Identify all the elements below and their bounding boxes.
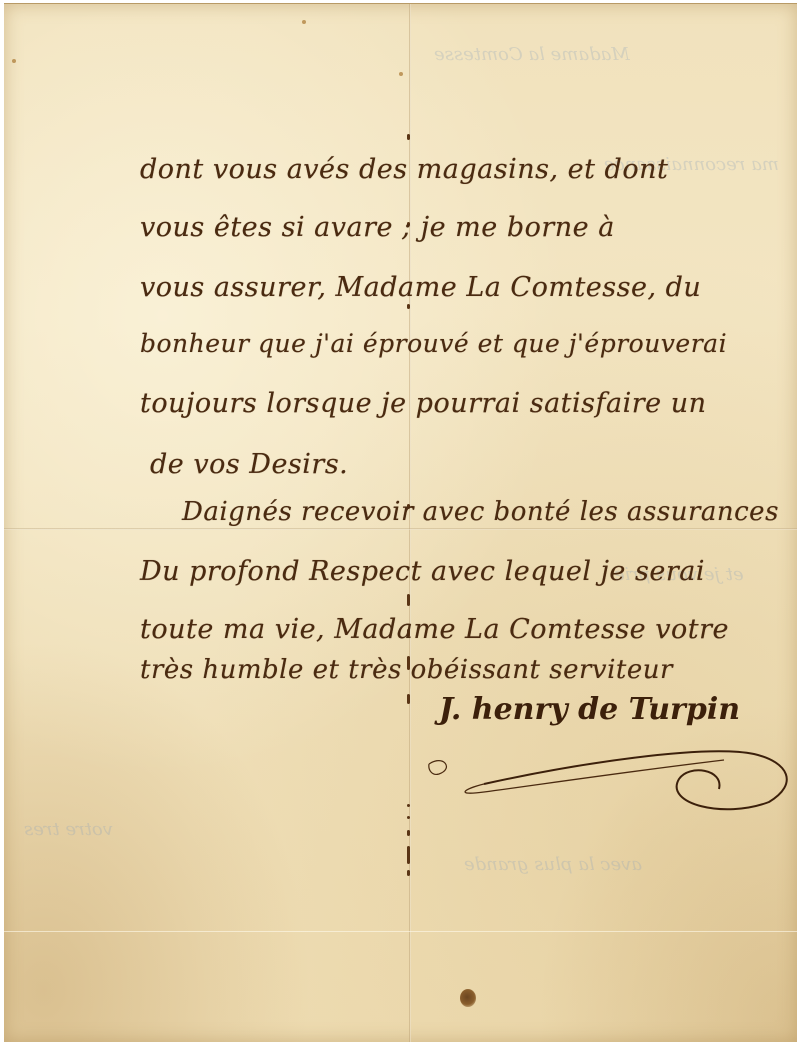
show-through-text: votre tres [24, 819, 113, 840]
show-through-text: Madame la Comtesse [434, 44, 630, 65]
letter-line-3: vous assurer, Madame La Comtesse, du [140, 272, 701, 303]
paper-speck [12, 59, 16, 63]
letter-page: Madame la Comtesse ma reconnaissance et … [4, 3, 797, 1042]
signature: J. henry de Turpin [439, 692, 740, 727]
letter-line-8: Du profond Respect avec lequel je serai [140, 556, 705, 587]
letter-line-4: bonheur que j'ai éprouvé et que j'éprouv… [140, 329, 727, 358]
letter-line-1: dont vous avés des magasins, et dont [140, 154, 668, 185]
letter-line-9: toute ma vie, Madame La Comtesse votre [140, 614, 729, 645]
letter-line-6: de vos Desirs. [150, 449, 348, 480]
letter-line-5: toujours lorsque je pourrai satisfaire u… [140, 388, 707, 419]
ink-stain [460, 989, 476, 1007]
paper-speck [399, 72, 403, 76]
lower-fold [4, 931, 797, 932]
letter-line-10: très humble et très obéissant serviteur [140, 655, 673, 685]
letter-line-2: vous êtes si avare ; je me borne à [140, 212, 615, 243]
signature-flourish-icon [424, 724, 800, 814]
show-through-text: avec la plus grande [464, 854, 642, 875]
horizontal-fold [4, 528, 797, 530]
paper-speck [302, 20, 306, 24]
letter-line-7: Daignés recevoir avec bonté les assuranc… [182, 497, 779, 527]
